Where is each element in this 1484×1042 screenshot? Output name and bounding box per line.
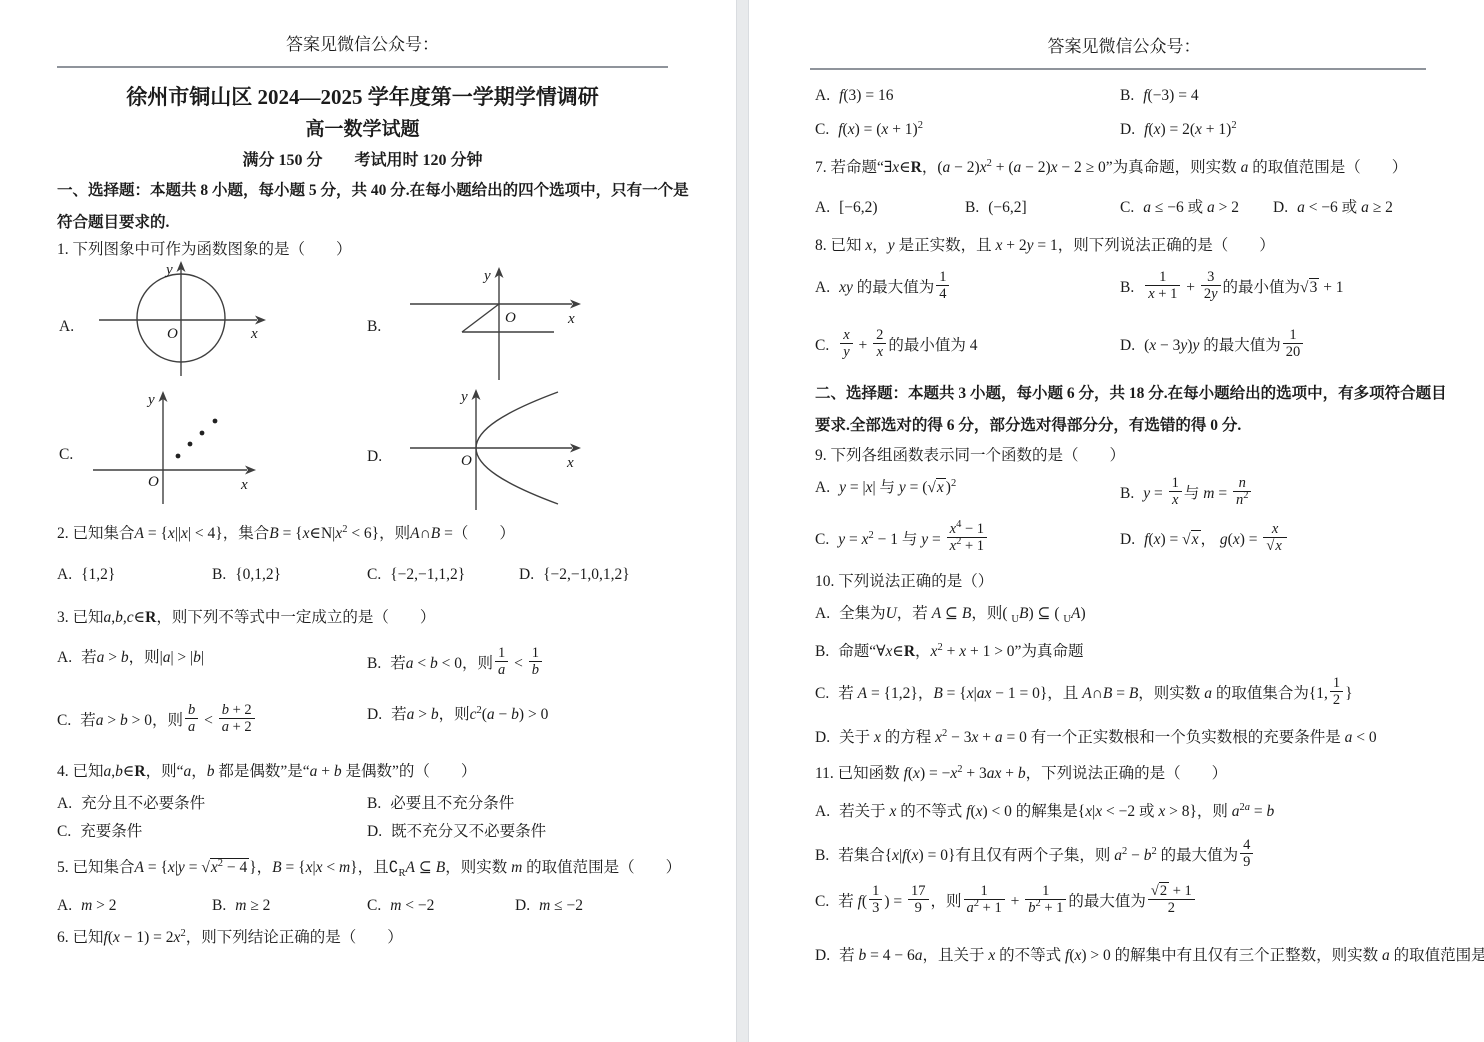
option-c: C.xy + 2x的最小值为 4 — [815, 330, 978, 362]
section-one-line1: 一、选择题：本题共 8 小题，每小题 5 分，共 40 分.在每小题给出的四个选… — [57, 181, 689, 200]
graph-b-label: B. — [367, 318, 381, 336]
graph-d-xlabel: x — [566, 455, 574, 471]
option-d: D.既不充分又不必要条件 — [367, 822, 546, 841]
option-c: C.{−2,−1,1,2} — [367, 565, 465, 584]
option-b: B.1x + 1 + 32y的最小值为3 + 1 — [1120, 272, 1344, 304]
header-note: 答案见微信公众号： — [815, 36, 1433, 57]
question-8-stem: 8. 已知 x，y 是正实数，且 x + 2y = 1，则下列说法正确的是（ ） — [815, 236, 1275, 255]
option-b: B.(−6,2] — [965, 198, 1027, 217]
question-3-stem: 3. 已知a,b,c∈R，则下列不等式中一定成立的是（ ） — [57, 608, 435, 627]
graph-d-parabola: x y O — [402, 384, 592, 514]
header-rule — [57, 66, 668, 68]
graph-c-ylabel: y — [146, 392, 155, 408]
section-two-line1: 二、选择题：本题共 3 小题，每小题 6 分，共 18 分.在每小题给出的选项中… — [815, 384, 1447, 403]
graph-d-label: D. — [367, 448, 382, 466]
option-d: D.m ≤ −2 — [515, 896, 583, 915]
option-d: D.f(x) = 2(x + 1)2 — [1120, 120, 1237, 139]
graph-b-ylabel: y — [482, 268, 491, 284]
graph-b-xlabel: x — [567, 311, 575, 327]
question-10-option-a: A.全集为U，若 A ⊆ B，则( UB) ⊆ ( UA) — [815, 604, 1086, 623]
graph-c-dots: x y O — [85, 386, 275, 508]
option-b: B.f(−3) = 4 — [1120, 86, 1199, 105]
section-one-line2: 符合题目要求的. — [57, 213, 169, 232]
q1-figure: A. x y O B. — [57, 258, 668, 516]
option-c: C.充要条件 — [57, 822, 142, 841]
option-c: C.m < −2 — [367, 896, 434, 915]
question-4-stem: 4. 已知a,b∈R，则“a，b 都是偶数”是“a + b 是偶数”的（ ） — [57, 762, 476, 781]
question-10-option-b: B.命题“∀x∈R，x2 + x + 1 > 0”为真命题 — [815, 642, 1083, 661]
graph-a-ylabel: y — [164, 262, 173, 278]
option-b: B.{0,1,2} — [212, 565, 281, 584]
option-a: A.f(3) = 16 — [815, 86, 893, 105]
option-c: C.y = x2 − 1 与 y = x4 − 1x2 + 1 — [815, 524, 989, 556]
option-a: A.m > 2 — [57, 896, 117, 915]
page-right: 答案见微信公众号： A.f(3) = 16 B.f(−3) = 4 C.f(x)… — [749, 0, 1484, 1042]
question-1-stem: 1. 下列图象中可作为函数图象的是（ ） — [57, 240, 352, 259]
option-c: C.a ≤ −6 或 a > 2 — [1120, 198, 1239, 217]
graph-a-xlabel: x — [250, 326, 258, 342]
question-11-option-b: B.若集合{x|f(x) = 0}有且仅有两个子集，则 a2 − b2 的最大值… — [815, 840, 1255, 872]
option-c: C.若a > b > 0，则ba < b + 2a + 2 — [57, 705, 257, 737]
graph-c-xlabel: x — [240, 477, 248, 493]
graph-a-origin: O — [167, 326, 178, 342]
question-10-option-d: D.关于 x 的方程 x2 − 3x + a = 0 有一个正实数根和一个负实数… — [815, 728, 1377, 747]
graph-b-zigzag: x y O — [402, 262, 587, 382]
exam-document: 答案见微信公众号： 徐州市铜山区 2024—2025 学年度第一学期学情调研 高… — [0, 0, 1484, 1042]
page-divider — [736, 0, 749, 1042]
question-9-stem: 9. 下列各组函数表示同一个函数的是（ ） — [815, 446, 1125, 465]
question-11-option-d: D.若 b = 4 − 6a，且关于 x 的不等式 f(x) > 0 的解集中有… — [815, 946, 1484, 965]
question-10-stem: 10. 下列说法正确的是（） — [815, 572, 993, 591]
exam-meta: 满分 150 分 考试用时 120 分钟 — [57, 151, 668, 171]
option-a: A.充分且不必要条件 — [57, 794, 205, 813]
option-a: A.y = |x| 与 y = (x)2 — [815, 478, 956, 497]
graph-a-label: A. — [59, 318, 74, 336]
question-11-option-a: A.若关于 x 的不等式 f(x) < 0 的解集是{x|x < −2 或 x … — [815, 802, 1274, 821]
option-a: A.{1,2} — [57, 565, 115, 584]
question-5-stem: 5. 已知集合A = {x|y = x2 − 4}，B = {x|x < m}，… — [57, 858, 681, 877]
header-note: 答案见微信公众号： — [57, 34, 668, 55]
option-c: C.f(x) = (x + 1)2 — [815, 120, 923, 139]
page-left: 答案见微信公众号： 徐州市铜山区 2024—2025 学年度第一学期学情调研 高… — [0, 0, 736, 1042]
option-d: D.a < −6 或 a ≥ 2 — [1273, 198, 1393, 217]
question-6-stem: 6. 已知f(x − 1) = 2x2，则下列结论正确的是（ ） — [57, 928, 403, 947]
graph-d-origin: O — [461, 453, 472, 469]
graph-c-origin: O — [148, 474, 159, 490]
option-a: A.若a > b，则|a| > |b| — [57, 648, 204, 667]
graph-b-origin: O — [505, 310, 516, 326]
graph-d-ylabel: y — [459, 389, 468, 405]
question-7-stem: 7. 若命题“∃x∈R，(a − 2)x2 + (a − 2)x − 2 ≥ 0… — [815, 158, 1407, 177]
exam-title: 徐州市铜山区 2024—2025 学年度第一学期学情调研 — [57, 84, 668, 110]
option-b: B.必要且不充分条件 — [367, 794, 514, 813]
option-a: A.[−6,2) — [815, 198, 878, 217]
option-b: B.m ≥ 2 — [212, 896, 270, 915]
option-d: D.{−2,−1,0,1,2} — [519, 565, 630, 584]
section-two-line2: 要求.全部选对的得 6 分，部分选对得部分分，有选错的得 0 分. — [815, 416, 1241, 435]
question-10-option-c: C.若 A = {1,2}，B = {x|ax − 1 = 0}，且 A∩B =… — [815, 678, 1353, 710]
option-b: B.若a < b < 0，则1a < 1b — [367, 648, 544, 680]
graph-c-label: C. — [59, 446, 73, 464]
question-11-stem: 11. 已知函数 f(x) = −x2 + 3ax + b，下列说法正确的是（ … — [815, 764, 1227, 783]
option-d: D.若a > b，则c2(a − b) > 0 — [367, 705, 548, 724]
exam-subtitle: 高一数学试题 — [57, 118, 668, 142]
option-a: A.xy 的最大值为14 — [815, 272, 951, 304]
option-d: D.(x − 3y)y 的最大值为120 — [1120, 330, 1305, 362]
option-d: D.f(x) = x， g(x) = xx — [1120, 524, 1289, 556]
question-11-option-c: C.若 f(13) = 179，则1a2 + 1 + 1b2 + 1的最大值为2… — [815, 886, 1197, 918]
question-2-stem: 2. 已知集合A = {x||x| < 4}，集合B = {x∈N|x2 < 6… — [57, 524, 515, 543]
option-b: B.y = 1x与 m = nn2 — [1120, 478, 1253, 510]
graph-a-circle: x y O — [89, 258, 274, 380]
